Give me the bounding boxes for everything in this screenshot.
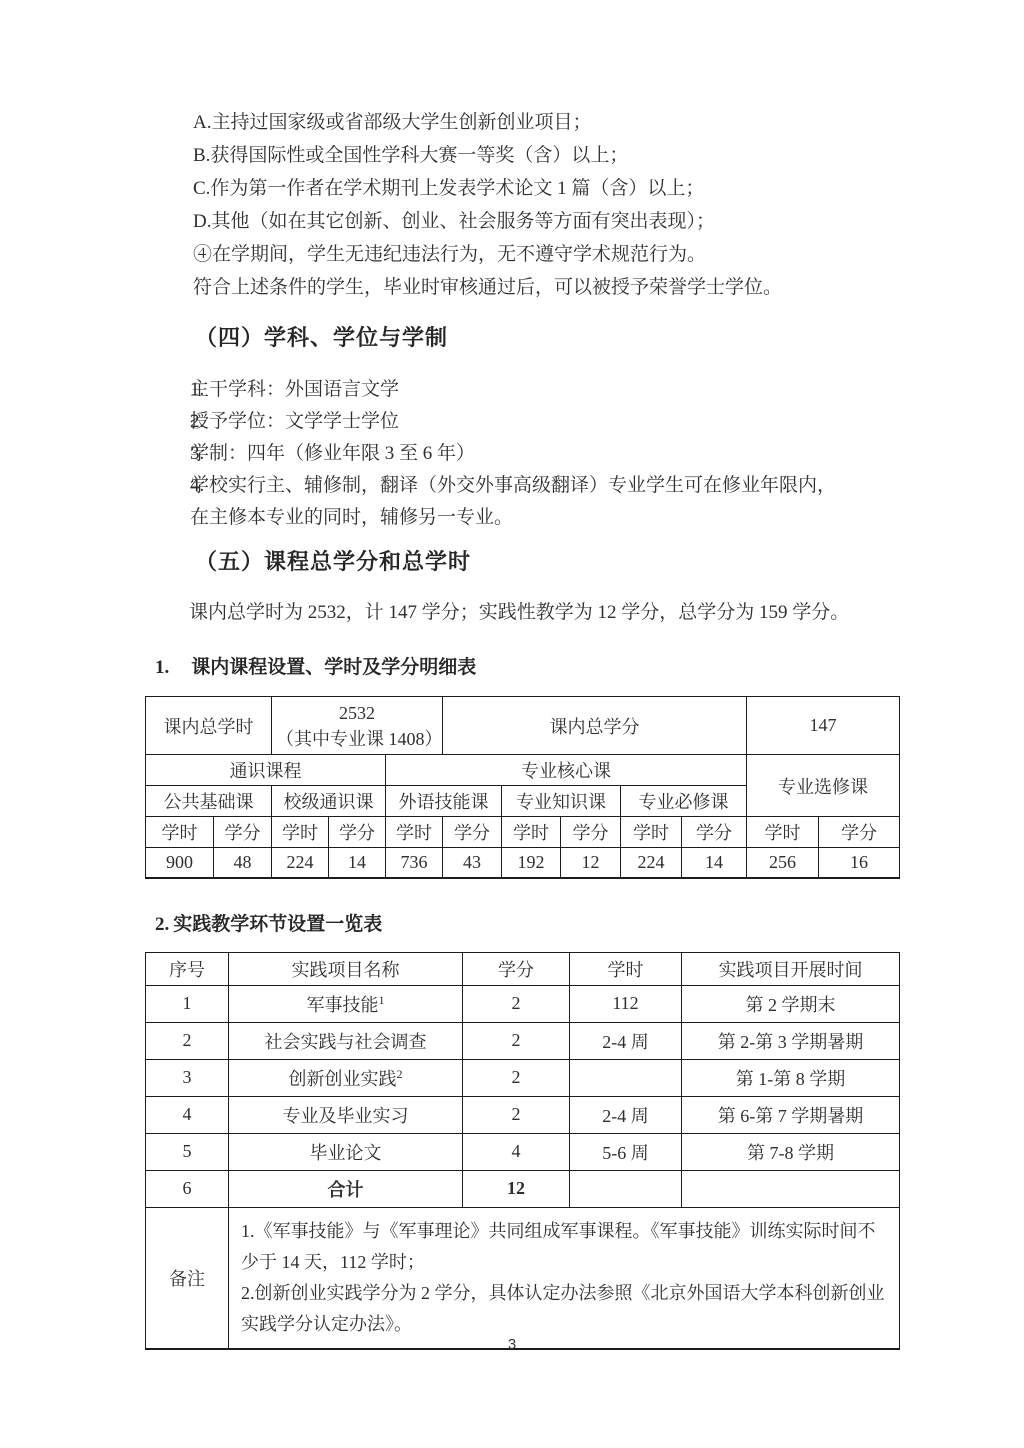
project-name: 军事技能 xyxy=(307,995,379,1015)
credits-cell: 4 xyxy=(463,1133,570,1170)
subgroup-cell: 专业必修课 xyxy=(621,786,747,817)
list-item-text: 学制：四年（修业年限 3 至 6 年） xyxy=(190,438,850,470)
time-cell: 第 2-第 3 学期暑期 xyxy=(682,1022,900,1059)
credits-header-cell: 学分 xyxy=(329,817,386,848)
time-cell: 第 1-第 8 学期 xyxy=(682,1059,900,1096)
value-cell: 16 xyxy=(819,848,900,878)
time-cell: 第 6-第 7 学期暑期 xyxy=(682,1096,900,1133)
hours-header-cell: 学时 xyxy=(272,817,329,848)
hours-cell: 2-4 周 xyxy=(570,1022,682,1059)
total-hours-label-cell: 课内总学时 xyxy=(146,697,272,755)
intro-line-b: B.获得国际性或全国性学科大赛一等奖（含）以上； xyxy=(193,139,899,172)
subgroup-cell: 公共基础课 xyxy=(146,786,272,817)
total-hours-value-cell: 2532 （其中专业课 1408） xyxy=(272,697,443,755)
table-1-heading: 1.课内课程设置、学时及学分明细表 xyxy=(145,654,899,682)
project-name-cell: 军事技能1 xyxy=(229,985,463,1022)
credits-header-cell: 学分 xyxy=(819,817,900,848)
section-4-heading: （四）学科、学位与学制 xyxy=(145,323,899,353)
hours-header-cell: 学时 xyxy=(747,817,819,848)
total-hours-value: 2532 xyxy=(276,700,438,726)
row-number-cell: 4 xyxy=(146,1096,229,1133)
list-item-number: 2. xyxy=(145,406,190,438)
total-hours-detail: （其中专业课 1408） xyxy=(276,726,438,752)
hours-cell: 112 xyxy=(570,985,682,1022)
course-hours-credits-table: 课内总学时 2532 （其中专业课 1408） 课内总学分 147 通识课程 专… xyxy=(145,696,900,879)
hours-cell: 5-6 周 xyxy=(570,1133,682,1170)
table-row: 通识课程 专业核心课 专业选修课 xyxy=(146,755,900,786)
value-cell: 12 xyxy=(561,848,621,878)
project-name-cell: 专业及毕业实习 xyxy=(229,1096,463,1133)
time-cell: 第 2 学期末 xyxy=(682,985,900,1022)
intro-line-d: D.其他（如在其它创新、创业、社会服务等方面有突出表现）； xyxy=(193,205,899,238)
table-1-heading-text: 课内课程设置、学时及学分明细表 xyxy=(191,657,476,678)
list-item-text: 授予学位：文学学士学位 xyxy=(190,406,850,438)
hours-header-cell: 学时 xyxy=(146,817,214,848)
project-name-cell: 社会实践与社会调查 xyxy=(229,1022,463,1059)
column-header: 学分 xyxy=(463,952,570,985)
hours-header-cell: 学时 xyxy=(502,817,561,848)
list-item-text: 主干学科：外国语言文学 xyxy=(190,374,850,406)
credits-cell: 2 xyxy=(463,985,570,1022)
footnote-marker: 2 xyxy=(397,1067,403,1081)
intro-line-4: ④在学期间，学生无违纪违法行为，无不遵守学术规范行为。 xyxy=(193,238,899,271)
total-label-cell: 合计 xyxy=(229,1170,463,1207)
table-row: 3 创新创业实践2 2 第 1-第 8 学期 xyxy=(146,1059,900,1096)
subgroup-cell: 外语技能课 xyxy=(386,786,502,817)
value-cell: 224 xyxy=(272,848,329,878)
credits-cell: 2 xyxy=(463,1096,570,1133)
note-text-cell: 1.《军事技能》与《军事理论》共同组成军事课程。《军事技能》训练实际时间不少于 … xyxy=(229,1207,900,1349)
row-number-cell: 1 xyxy=(146,985,229,1022)
hours-cell xyxy=(570,1170,682,1207)
time-cell: 第 7-8 学期 xyxy=(682,1133,900,1170)
table-1-heading-number: 1. xyxy=(155,657,169,678)
table-header-row: 序号 实践项目名称 学分 学时 实践项目开展时间 xyxy=(146,952,900,985)
hours-cell xyxy=(570,1059,682,1096)
credits-cell: 2 xyxy=(463,1022,570,1059)
value-cell: 900 xyxy=(146,848,214,878)
subgroup-cell: 校级通识课 xyxy=(272,786,386,817)
credits-header-cell: 学分 xyxy=(443,817,502,848)
row-number-cell: 5 xyxy=(146,1133,229,1170)
intro-line-summary: 符合上述条件的学生，毕业时审核通过后，可以被授予荣誉学士学位。 xyxy=(193,271,899,304)
table-2-heading: 2.实践教学环节设置一览表 xyxy=(145,911,899,939)
page-number: 3 xyxy=(0,1336,1024,1353)
column-header: 实践项目名称 xyxy=(229,952,463,985)
value-cell: 48 xyxy=(214,848,272,878)
intro-line-a: A.主持过国家级或省部级大学生创新创业项目； xyxy=(193,106,899,139)
group-elective-cell: 专业选修课 xyxy=(747,755,900,817)
table-2-heading-number: 2. xyxy=(155,914,169,935)
table-row: 学时 学分 学时 学分 学时 学分 学时 学分 学时 学分 学时 学分 xyxy=(146,817,900,848)
table-note-row: 备注 1.《军事技能》与《军事理论》共同组成军事课程。《军事技能》训练实际时间不… xyxy=(146,1207,900,1349)
column-header: 实践项目开展时间 xyxy=(682,952,900,985)
table-row: 5 毕业论文 4 5-6 周 第 7-8 学期 xyxy=(146,1133,900,1170)
table-row: 1 军事技能1 2 112 第 2 学期末 xyxy=(146,985,900,1022)
value-cell: 192 xyxy=(502,848,561,878)
total-credits-value-cell: 147 xyxy=(747,697,900,755)
value-cell: 256 xyxy=(747,848,819,878)
project-name-cell: 创新创业实践2 xyxy=(229,1059,463,1096)
note-label-cell: 备注 xyxy=(146,1207,229,1349)
footnote-marker: 1 xyxy=(379,993,385,1007)
section-4-list: 1. 主干学科：外国语言文学 2. 授予学位：文学学士学位 3. 学制：四年（修… xyxy=(145,374,899,534)
list-item: 4. 学校实行主、辅修制，翻译（外交外事高级翻译）专业学生可在修业年限内，在主修… xyxy=(145,470,899,534)
hours-cell: 2-4 周 xyxy=(570,1096,682,1133)
note-line-1: 1.《军事技能》与《军事理论》共同组成军事课程。《军事技能》训练实际时间不少于 … xyxy=(241,1216,885,1278)
total-credits-label-cell: 课内总学分 xyxy=(443,697,747,755)
hours-header-cell: 学时 xyxy=(386,817,443,848)
list-item: 3. 学制：四年（修业年限 3 至 6 年） xyxy=(145,438,899,470)
table-row-total: 6 合计 12 xyxy=(146,1170,900,1207)
row-number-cell: 6 xyxy=(146,1170,229,1207)
total-credits-cell: 12 xyxy=(463,1170,570,1207)
column-header: 序号 xyxy=(146,952,229,985)
project-name-cell: 毕业论文 xyxy=(229,1133,463,1170)
table-2-heading-text: 实践教学环节设置一览表 xyxy=(173,914,382,935)
row-number-cell: 3 xyxy=(146,1059,229,1096)
page-content: A.主持过国家级或省部级大学生创新创业项目； B.获得国际性或全国性学科大赛一等… xyxy=(145,0,899,1350)
time-cell xyxy=(682,1170,900,1207)
practice-teaching-table: 序号 实践项目名称 学分 学时 实践项目开展时间 1 军事技能1 2 112 第… xyxy=(145,952,900,1350)
value-cell: 224 xyxy=(621,848,682,878)
row-number-cell: 2 xyxy=(146,1022,229,1059)
value-cell: 14 xyxy=(329,848,386,878)
list-item: 2. 授予学位：文学学士学位 xyxy=(145,406,899,438)
hours-header-cell: 学时 xyxy=(621,817,682,848)
credits-header-cell: 学分 xyxy=(214,817,272,848)
list-item-number: 4. xyxy=(145,470,190,534)
table-row: 4 专业及毕业实习 2 2-4 周 第 6-第 7 学期暑期 xyxy=(146,1096,900,1133)
document-page: A.主持过国家级或省部级大学生创新创业项目； B.获得国际性或全国性学科大赛一等… xyxy=(0,0,1024,1448)
list-item-text: 学校实行主、辅修制，翻译（外交外事高级翻译）专业学生可在修业年限内，在主修本专业… xyxy=(190,470,850,534)
group-general-cell: 通识课程 xyxy=(146,755,386,786)
list-item-number: 3. xyxy=(145,438,190,470)
section-5-heading: （五）课程总学分和总学时 xyxy=(145,547,899,577)
value-cell: 736 xyxy=(386,848,443,878)
subgroup-cell: 专业知识课 xyxy=(502,786,621,817)
column-header: 学时 xyxy=(570,952,682,985)
credits-summary-paragraph: 课内总学时为 2532，计 147 学分；实践性教学为 12 学分，总学分为 1… xyxy=(145,598,899,628)
value-cell: 14 xyxy=(682,848,747,878)
list-item: 1. 主干学科：外国语言文学 xyxy=(145,374,899,406)
honor-degree-conditions: A.主持过国家级或省部级大学生创新创业项目； B.获得国际性或全国性学科大赛一等… xyxy=(145,0,899,304)
credits-cell: 2 xyxy=(463,1059,570,1096)
table-row: 900 48 224 14 736 43 192 12 224 14 256 1… xyxy=(146,848,900,878)
intro-line-c: C.作为第一作者在学术期刊上发表学术论文 1 篇（含）以上； xyxy=(193,172,899,205)
value-cell: 43 xyxy=(443,848,502,878)
note-line-2: 2.创新创业实践学分为 2 学分，具体认定办法参照《北京外国语大学本科创新创业实… xyxy=(241,1278,885,1340)
list-item-number: 1. xyxy=(145,374,190,406)
project-name: 创新创业实践 xyxy=(289,1069,397,1089)
credits-header-cell: 学分 xyxy=(682,817,747,848)
credits-header-cell: 学分 xyxy=(561,817,621,848)
group-core-cell: 专业核心课 xyxy=(386,755,747,786)
table-row: 课内总学时 2532 （其中专业课 1408） 课内总学分 147 xyxy=(146,697,900,755)
table-row: 2 社会实践与社会调查 2 2-4 周 第 2-第 3 学期暑期 xyxy=(146,1022,900,1059)
